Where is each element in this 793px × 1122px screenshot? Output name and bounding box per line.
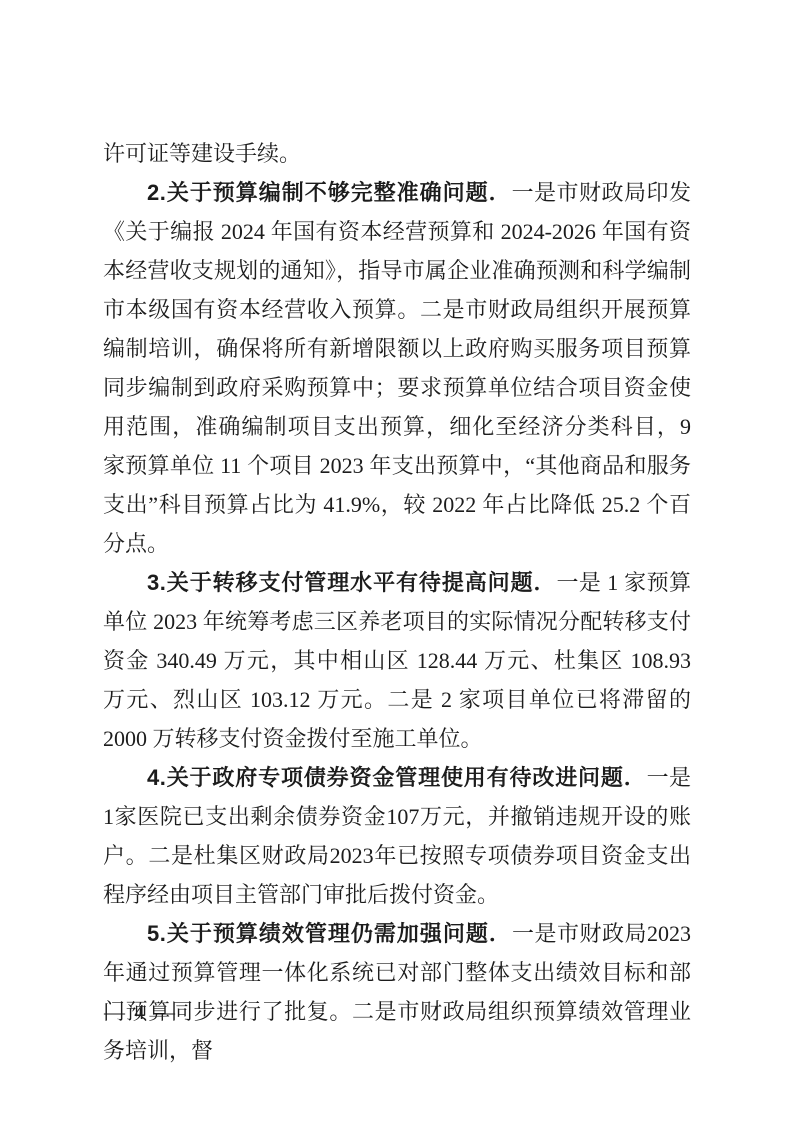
- paragraph-text: 许可证等建设手续。: [103, 141, 301, 166]
- paragraph-continuation: 许可证等建设手续。: [103, 134, 691, 173]
- page-number: — 4 —: [104, 1000, 177, 1024]
- page-footer: — 4 —: [104, 1002, 177, 1023]
- paragraph-heading: 5.关于预算绩效管理仍需加强问题．: [147, 921, 512, 946]
- document-page: 许可证等建设手续。 2.关于预算编制不够完整准确问题．一是市财政局印发《关于编报…: [0, 0, 793, 1122]
- paragraph-item-3: 3.关于转移支付管理水平有待提高问题．一是 1 家预算单位 2023 年统筹考虑…: [103, 563, 691, 758]
- paragraph-item-5: 5.关于预算绩效管理仍需加强问题．一是市财政局2023年通过预算管理一体化系统已…: [103, 914, 691, 1070]
- paragraph-heading: 3.关于转移支付管理水平有待提高问题．: [147, 570, 556, 595]
- paragraph-heading: 2.关于预算编制不够完整准确问题．: [147, 180, 512, 205]
- paragraph-heading: 4.关于政府专项债券资金管理使用有待改进问题．: [147, 765, 647, 790]
- paragraph-text: 一是 1 家预算单位 2023 年统筹考虑三区养老项目的实际情况分配转移支付资金…: [103, 570, 691, 751]
- paragraph-item-2: 2.关于预算编制不够完整准确问题．一是市财政局印发《关于编报 2024 年国有资…: [103, 173, 691, 563]
- paragraph-item-4: 4.关于政府专项债券资金管理使用有待改进问题．一是1家医院已支出剩余债券资金10…: [103, 758, 691, 914]
- document-body: 许可证等建设手续。 2.关于预算编制不够完整准确问题．一是市财政局印发《关于编报…: [103, 134, 691, 1070]
- paragraph-text: 一是市财政局印发《关于编报 2024 年国有资本经营预算和 2024-2026 …: [103, 180, 691, 556]
